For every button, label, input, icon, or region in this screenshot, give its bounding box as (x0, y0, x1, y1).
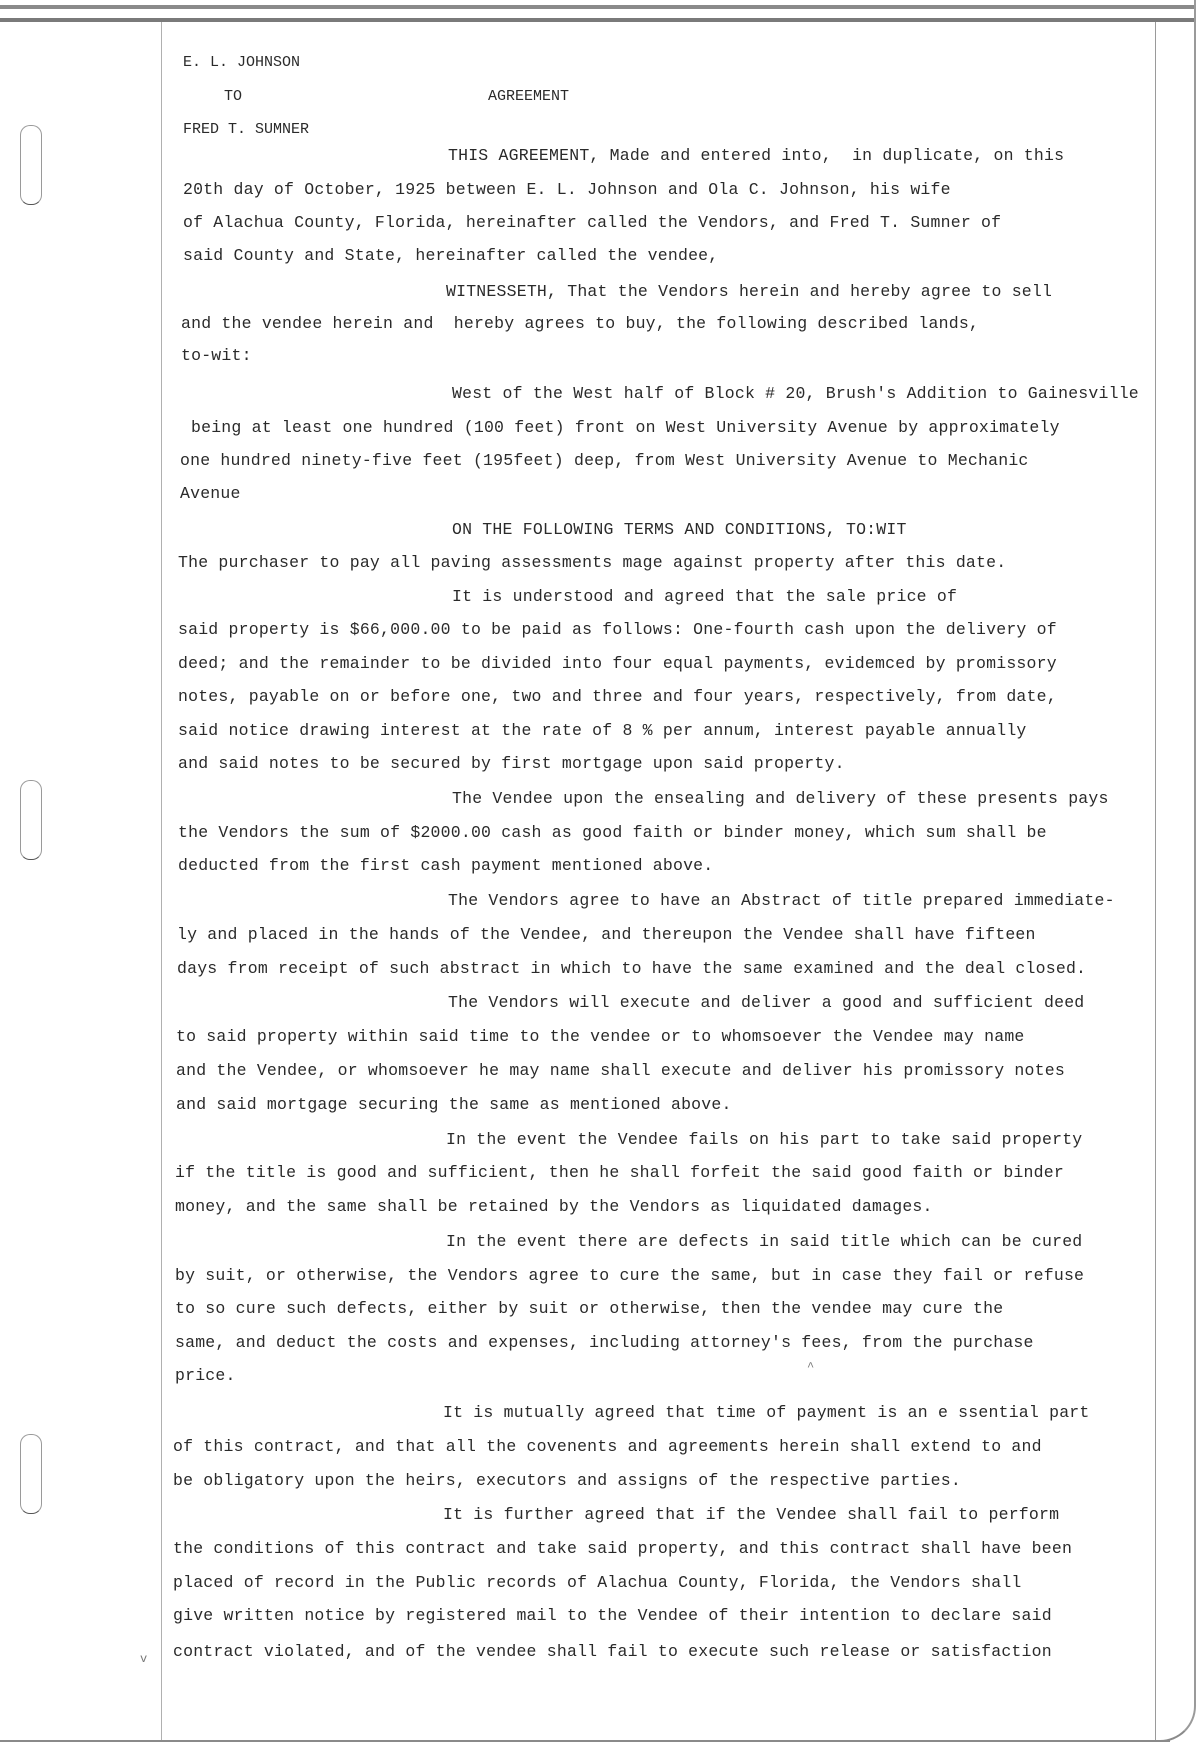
text-line: the Vendors the sum of $2000.00 cash as … (178, 823, 1047, 843)
binder-hole-icon (20, 1434, 42, 1514)
top-border-rule (0, 5, 1196, 9)
party-from: E. L. JOHNSON (183, 54, 300, 71)
text-line: to-wit: (181, 346, 252, 366)
right-margin-line (1155, 22, 1156, 1740)
top-border-rule-inner (0, 18, 1196, 22)
text-line: Avenue (180, 484, 241, 504)
text-line: THIS AGREEMENT, Made and entered into, i… (448, 146, 1064, 166)
to-label: TO (224, 88, 242, 105)
text-line: It is further agreed that if the Vendee … (443, 1505, 1059, 1525)
text-line: said County and State, hereinafter calle… (183, 246, 718, 266)
margin-v-mark: v (140, 1652, 147, 1666)
text-line: days from receipt of such abstract in wh… (177, 959, 1086, 979)
bottom-border-rule (0, 1740, 1170, 1742)
text-line: give written notice by registered mail t… (173, 1606, 1052, 1626)
text-line: of Alachua County, Florida, hereinafter … (183, 213, 1001, 233)
left-margin-line (161, 22, 162, 1740)
text-line: placed of record in the Public records o… (173, 1573, 1022, 1593)
text-line: one hundred ninety-five feet (195feet) d… (180, 451, 1029, 471)
text-line: The Vendee upon the ensealing and delive… (452, 789, 1109, 809)
text-line: 20th day of October, 1925 between E. L. … (183, 180, 951, 200)
text-line: and the Vendee, or whomsoever he may nam… (176, 1061, 1065, 1081)
text-line: In the event the Vendee fails on his par… (446, 1130, 1082, 1150)
text-line: said notice drawing interest at the rate… (178, 721, 1027, 741)
text-line: deed; and the remainder to be divided in… (178, 654, 1057, 674)
text-line: It is understood and agreed that the sal… (452, 587, 957, 607)
text-line: of this contract, and that all the coven… (173, 1437, 1042, 1457)
text-line: and said mortgage securing the same as m… (176, 1095, 732, 1115)
binder-hole-icon (20, 125, 42, 205)
document-title: AGREEMENT (488, 88, 569, 105)
page-curled-edge (1160, 0, 1196, 1742)
text-line: to said property within said time to the… (176, 1027, 1025, 1047)
text-line: In the event there are defects in said t… (446, 1232, 1082, 1252)
binder-hole-icon (20, 780, 42, 860)
party-to: FRED T. SUMNER (183, 121, 309, 138)
text-line: the conditions of this contract and take… (173, 1539, 1072, 1559)
caret-mark: ^ (807, 1360, 814, 1374)
text-line: contract violated, and of the vendee sha… (173, 1642, 1052, 1662)
text-line: ly and placed in the hands of the Vendee… (177, 925, 1036, 945)
text-line: price. (175, 1366, 236, 1386)
text-line: by suit, or otherwise, the Vendors agree… (175, 1266, 1084, 1286)
text-line: It is mutually agreed that time of payme… (443, 1403, 1090, 1423)
text-line: deducted from the first cash payment men… (178, 856, 713, 876)
text-line: be obligatory upon the heirs, executors … (173, 1471, 961, 1491)
text-line: being at least one hundred (100 feet) fr… (191, 418, 1060, 438)
text-line: if the title is good and sufficient, the… (175, 1163, 1064, 1183)
text-line: The purchaser to pay all paving assessme… (178, 553, 1006, 573)
text-line: and said notes to be secured by first mo… (178, 754, 845, 774)
text-line: money, and the same shall be retained by… (175, 1197, 933, 1217)
text-line: The Vendors will execute and deliver a g… (448, 993, 1084, 1013)
text-line: WITNESSETH, That the Vendors herein and … (446, 282, 1052, 302)
text-line: said property is $66,000.00 to be paid a… (178, 620, 1057, 640)
text-line: notes, payable on or before one, two and… (178, 687, 1057, 707)
text-line: ON THE FOLLOWING TERMS AND CONDITIONS, T… (452, 520, 907, 540)
text-line: West of the West half of Block # 20, Bru… (452, 384, 1139, 404)
text-line: and the vendee herein and hereby agrees … (181, 314, 979, 334)
text-line: to so cure such defects, either by suit … (175, 1299, 1003, 1319)
text-line: The Vendors agree to have an Abstract of… (448, 891, 1115, 911)
text-line: same, and deduct the costs and expenses,… (175, 1333, 1034, 1353)
